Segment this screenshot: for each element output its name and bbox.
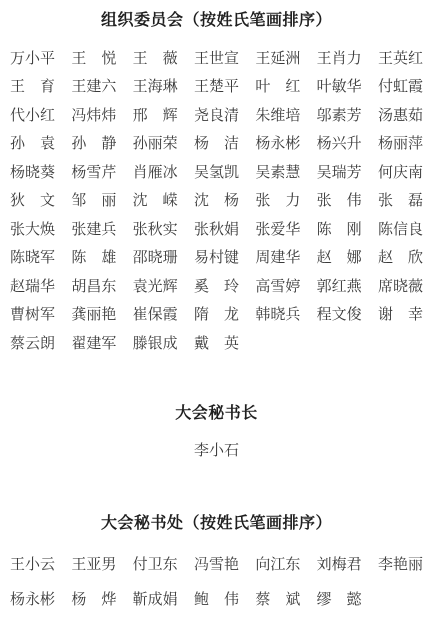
organizing-committee-name-grid: 万小平王 悦王 薇王世宣王延洲王肖力王英红王 育王建六王海琳王楚平叶 红叶敏华付… [10,43,423,357]
name-cell: 邬素芳 [317,104,362,125]
name-cell: 谢 幸 [378,303,423,324]
document-page: 组织委员会（按姓氏笔画排序） 万小平王 悦王 薇王世宣王延洲王肖力王英红王 育王… [0,0,433,627]
name-cell: 王小云 [10,553,55,574]
section-secretariat: 大会秘书处（按姓氏笔画排序） 王小云王亚男付卫东冯雪艳向江东刘梅君李艳丽杨永彬杨… [10,515,423,616]
name-cell: 赵瑞华 [10,275,55,296]
name-cell: 陈晓军 [10,246,55,267]
name-cell: 何庆南 [378,161,423,182]
name-cell: 刘梅君 [317,553,362,574]
name-cell: 张秋实 [133,218,178,239]
name-cell: 易村键 [194,246,239,267]
secretary-general-name: 李小石 [10,443,423,459]
name-cell: 隋 龙 [194,303,239,324]
name-row: 赵瑞华胡昌东袁光辉奚 玲高雪婷郭红燕席晓薇 [10,271,423,300]
name-cell: 高雪婷 [255,275,300,296]
name-cell: 叶敏华 [317,75,362,96]
name-cell: 冯雪艳 [194,553,239,574]
name-cell: 张大焕 [10,218,55,239]
name-cell: 杨晓葵 [10,161,55,182]
name-cell: 王 薇 [133,47,178,68]
name-cell: 张秋娟 [194,218,239,239]
name-cell: 王延洲 [255,47,300,68]
name-cell: 王世宣 [194,47,239,68]
name-cell: 王楚平 [194,75,239,96]
name-cell: 鲍 伟 [194,588,239,609]
name-cell: 翟建军 [71,332,116,353]
name-cell: 邹 丽 [71,189,116,210]
name-cell: 尧良清 [194,104,239,125]
name-cell: 邢 辉 [133,104,178,125]
name-cell: 王英红 [378,47,423,68]
name-row: 万小平王 悦王 薇王世宣王延洲王肖力王英红 [10,43,423,72]
name-cell: 张建兵 [71,218,116,239]
name-cell: 邵晓珊 [133,246,178,267]
name-cell: 王 悦 [71,47,116,68]
name-cell: 王 育 [10,75,55,96]
name-cell: 付卫东 [133,553,178,574]
name-row: 曹树军龚丽艳崔保霞隋 龙韩晓兵程文俊谢 幸 [10,300,423,329]
name-cell: 蔡云朗 [10,332,55,353]
name-cell: 孙 袁 [10,132,55,153]
name-cell: 吴瑞芳 [317,161,362,182]
name-cell: 王肖力 [317,47,362,68]
name-cell: 陈信良 [378,218,423,239]
name-cell: 张 伟 [317,189,362,210]
name-cell: 赵 娜 [317,246,362,267]
name-row: 陈晓军陈 雄邵晓珊易村键周建华赵 娜赵 欣 [10,243,423,272]
name-cell: 沈 杨 [194,189,239,210]
name-row: 王小云王亚男付卫东冯雪艳向江东刘梅君李艳丽 [10,546,423,581]
name-row: 王 育王建六王海琳王楚平叶 红叶敏华付虹霞 [10,72,423,101]
name-cell: 杨丽萍 [378,132,423,153]
name-cell: 王海琳 [133,75,178,96]
secretary-general-title: 大会秘书长 [10,405,423,422]
name-cell: 朱维培 [255,104,300,125]
name-cell: 汤惠茹 [378,104,423,125]
name-cell: 周建华 [255,246,300,267]
name-cell: 杨兴升 [317,132,362,153]
name-cell: 王亚男 [71,553,116,574]
organizing-committee-title: 组织委员会（按姓氏笔画排序） [10,12,423,29]
name-row: 杨晓葵杨雪芹肖雁冰吴氢凯吴素慧吴瑞芳何庆南 [10,157,423,186]
name-cell: 韩晓兵 [255,303,300,324]
name-row: 杨永彬杨 烨靳成娟鲍 伟蔡 斌缪 懿 [10,581,423,616]
name-cell: 吴素慧 [255,161,300,182]
name-cell: 杨永彬 [255,132,300,153]
name-cell: 冯炜炜 [71,104,116,125]
name-cell: 杨 洁 [194,132,239,153]
name-cell: 李艳丽 [378,553,423,574]
name-cell: 曹树军 [10,303,55,324]
name-cell: 张 力 [255,189,300,210]
name-cell: 缪 懿 [317,588,362,609]
name-cell: 滕银成 [133,332,178,353]
secretariat-title: 大会秘书处（按姓氏笔画排序） [10,515,423,532]
name-row: 蔡云朗翟建军滕银成戴 英 [10,328,423,357]
name-cell: 肖雁冰 [133,161,178,182]
name-cell: 张爱华 [255,218,300,239]
name-cell: 万小平 [10,47,55,68]
name-cell: 孙 静 [71,132,116,153]
name-cell: 蔡 斌 [255,588,300,609]
name-cell: 向江东 [255,553,300,574]
section-secretary-general: 大会秘书长 李小石 [10,405,423,459]
name-cell: 靳成娟 [133,588,178,609]
name-cell: 崔保霞 [133,303,178,324]
name-cell: 杨永彬 [10,588,55,609]
name-cell: 程文俊 [317,303,362,324]
name-cell: 赵 欣 [378,246,423,267]
name-cell: 王建六 [71,75,116,96]
name-row: 代小红冯炜炜邢 辉尧良清朱维培邬素芳汤惠茹 [10,100,423,129]
name-row: 狄 文邹 丽沈 嵘沈 杨张 力张 伟张 磊 [10,186,423,215]
name-cell: 张 磊 [378,189,423,210]
name-cell: 杨 烨 [71,588,116,609]
name-cell: 席晓薇 [378,275,423,296]
secretariat-name-grid: 王小云王亚男付卫东冯雪艳向江东刘梅君李艳丽杨永彬杨 烨靳成娟鲍 伟蔡 斌缪 懿 [10,546,423,616]
name-cell: 孙丽荣 [133,132,178,153]
name-cell: 郭红燕 [317,275,362,296]
name-row: 张大焕张建兵张秋实张秋娟张爱华陈 刚陈信良 [10,214,423,243]
name-cell: 胡昌东 [71,275,116,296]
name-row: 孙 袁孙 静孙丽荣杨 洁杨永彬杨兴升杨丽萍 [10,129,423,158]
name-cell: 叶 红 [255,75,300,96]
name-cell: 陈 雄 [71,246,116,267]
name-cell: 陈 刚 [317,218,362,239]
name-cell: 付虹霞 [378,75,423,96]
name-cell: 吴氢凯 [194,161,239,182]
name-cell: 戴 英 [194,332,239,353]
name-cell: 龚丽艳 [71,303,116,324]
name-cell: 代小红 [10,104,55,125]
name-cell: 狄 文 [10,189,55,210]
name-cell: 沈 嵘 [133,189,178,210]
name-cell: 奚 玲 [194,275,239,296]
name-cell: 袁光辉 [133,275,178,296]
name-cell: 杨雪芹 [71,161,116,182]
section-organizing-committee: 组织委员会（按姓氏笔画排序） 万小平王 悦王 薇王世宣王延洲王肖力王英红王 育王… [10,12,423,357]
